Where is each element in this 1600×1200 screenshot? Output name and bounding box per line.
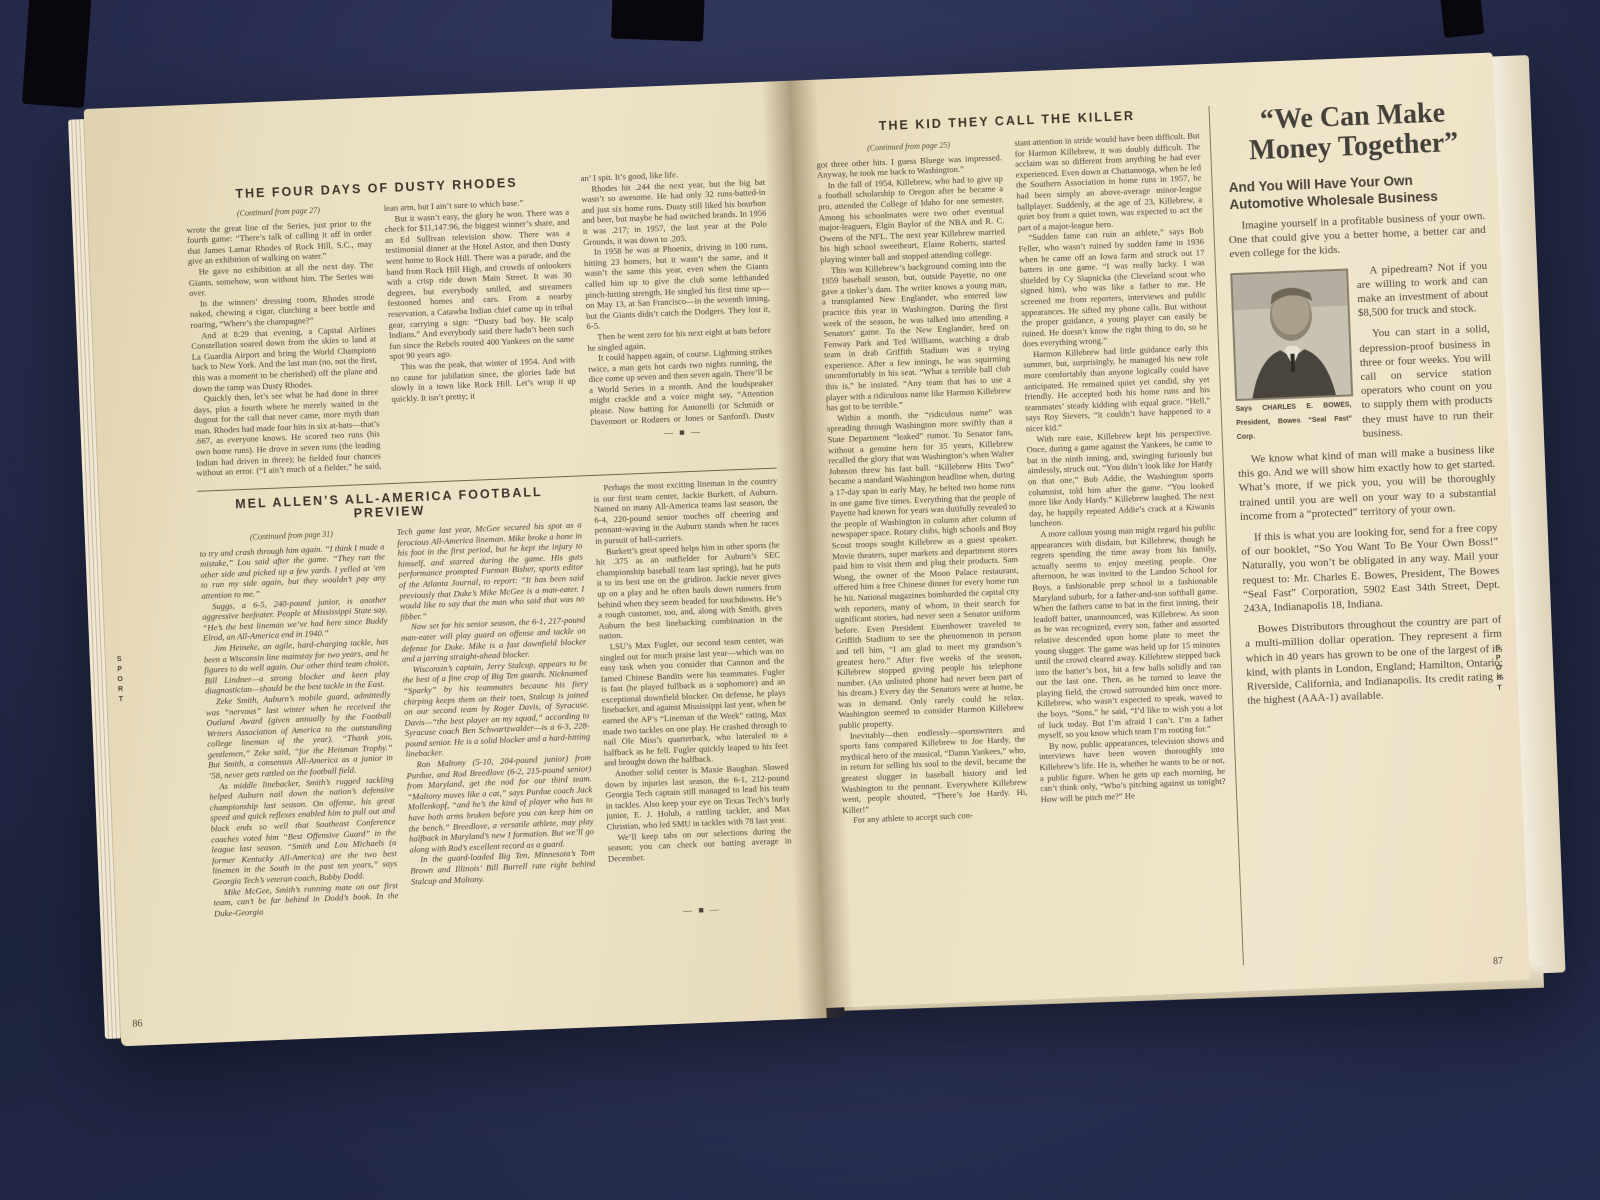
article-column: (Continued from page 27) wrote the great…	[186, 204, 382, 479]
page-number-87: 87	[1493, 956, 1503, 967]
ad-intro-paragraph: Imagine yourself in a profitable busines…	[1228, 209, 1487, 262]
bowes-portrait-photo	[1230, 268, 1353, 401]
black-strap	[1440, 0, 1485, 38]
magazine-page-left: THE FOUR DAYS OF DUSTY RHODES (Continued…	[84, 81, 827, 1047]
magazine-page-right: THE KID THEY CALL THE KILLER (Continued …	[789, 52, 1530, 1008]
article-column: (Continued from page 31) to try and cras…	[199, 527, 401, 970]
photo-backdrop: THE FOUR DAYS OF DUSTY RHODES (Continued…	[0, 0, 1600, 1200]
photo-caption: Says CHARLES E. BOWES, President, Bowes …	[1236, 401, 1353, 441]
article-column: stant attention in stride would have bee…	[1014, 130, 1231, 929]
article-column: (Continued from page 25) got three other…	[816, 138, 1033, 937]
left-page-content: THE FOUR DAYS OF DUSTY RHODES (Continued…	[84, 81, 827, 1047]
article-title-killer: THE KID THEY CALL THE KILLER	[815, 106, 1199, 135]
article-column: Perhaps the most exciting lineman in the…	[593, 476, 794, 903]
article-column: an’ I spit. It’s good, like life.Rhodes …	[580, 166, 774, 425]
black-strap	[22, 0, 92, 108]
ad-body: Imagine yourself in a profitable busines…	[1228, 209, 1504, 708]
bowes-seal-fast-advertisement: “We Can Make Money Together” And You Wil…	[1208, 95, 1514, 965]
article-end-mark: — ■ —	[610, 901, 794, 918]
article-mel-allen-preview: MEL ALLEN’S ALL-AMERICA FOOTBALL PREVIEW…	[197, 476, 796, 981]
ad-headline: “We Can Make Money Together”	[1224, 97, 1483, 167]
article-kid-they-call-the-killer: THE KID THEY CALL THE KILLER (Continued …	[815, 106, 1233, 981]
article-column: lean arm, but I ain’t sure to which base…	[384, 196, 580, 471]
article-dusty-rhodes: THE FOUR DAYS OF DUSTY RHODES (Continued…	[185, 166, 776, 485]
right-page-content: THE KID THEY CALL THE KILLER (Continued …	[789, 52, 1530, 1008]
page-number-86: 86	[132, 1018, 142, 1029]
article-column: Tech game last year, McGee secured his s…	[397, 519, 599, 962]
article-title-mel-allen: MEL ALLEN’S ALL-AMERICA FOOTBALL PREVIEW	[197, 483, 581, 526]
bowes-portrait-block: Says CHARLES E. BOWES, President, Bowes …	[1230, 268, 1353, 443]
ad-subhead: And You Will Have Your Own Automotive Wh…	[1228, 169, 1484, 213]
black-strap	[611, 0, 705, 42]
article-end-mark: — ■ —	[591, 424, 775, 441]
magazine-spread: THE FOUR DAYS OF DUSTY RHODES (Continued…	[68, 51, 1567, 1051]
